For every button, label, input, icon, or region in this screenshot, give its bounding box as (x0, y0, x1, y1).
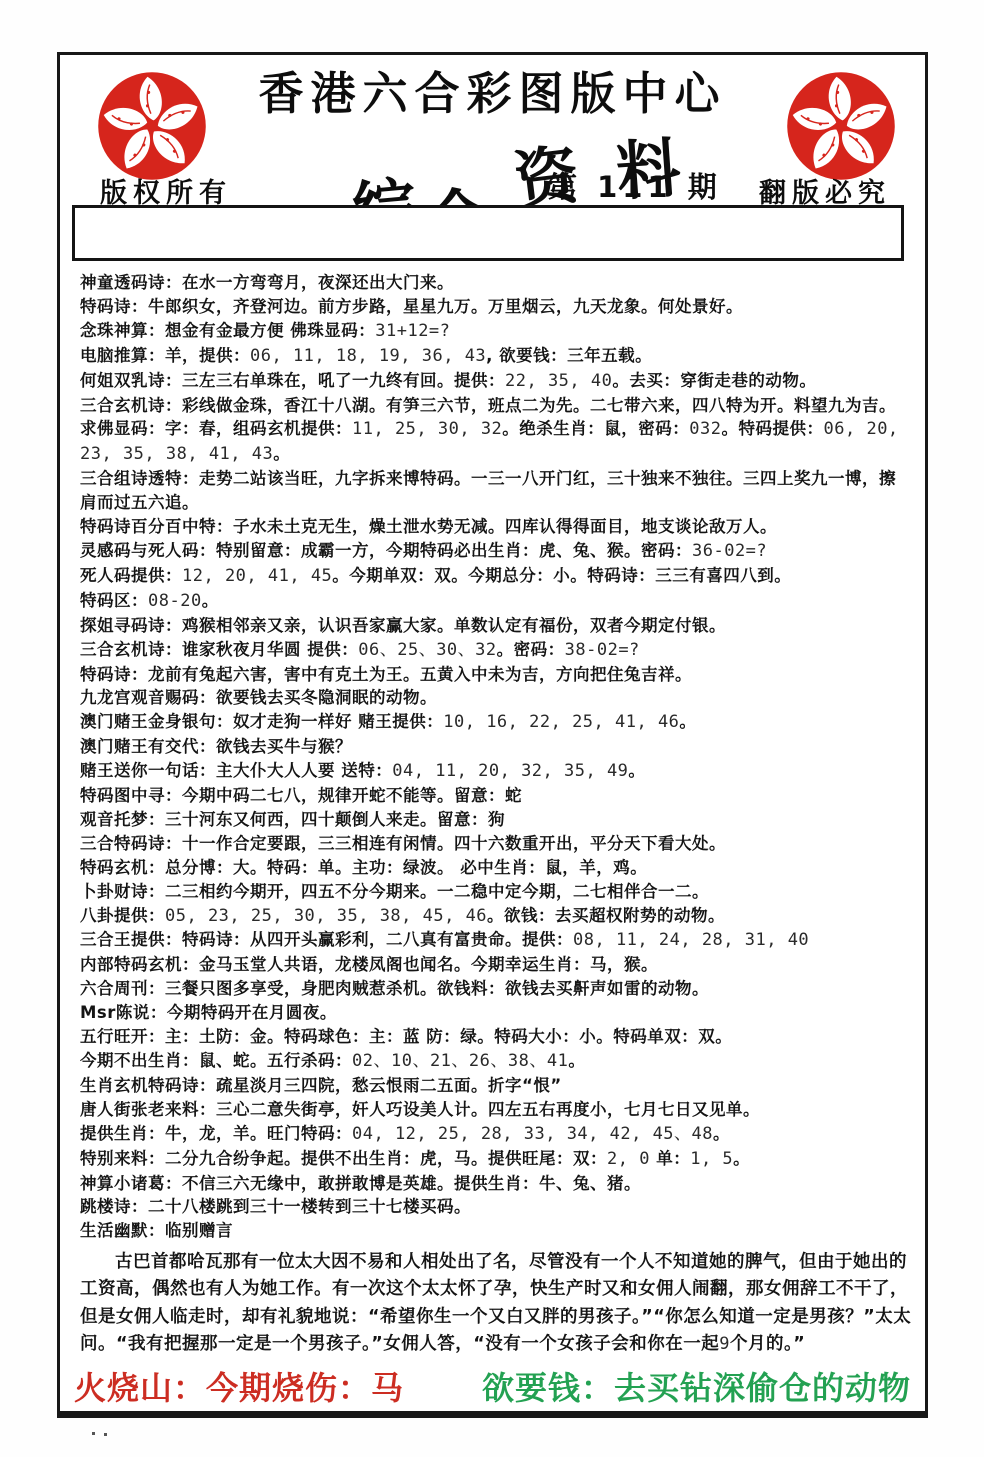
content-line: 求佛显码：字：春，组码玄机提供：11, 25, 30, 32。绝杀生肖：鼠，密码… (80, 417, 912, 467)
content-line: 三合玄机诗：彩线做金珠，香江十八湖。有笋三六节，班点二为先。二七带六来，四八特为… (80, 394, 912, 418)
content-line: 探姐寻码诗：鸡猴相邻亲又亲，认识吾家赢大家。单数认定有福份，双者今期定付银。 (80, 614, 912, 638)
content-lines: 神童透码诗：在水一方弯弯月，夜深还出大门来。特码诗：牛郎织女，齐登河边。前方步路… (80, 271, 912, 1358)
humor-paragraph: 古巴首都哈瓦那有一位太大因不易和人相处出了名，尽管没有一个人不知道她的脾气，但由… (80, 1249, 912, 1358)
content-line: 何姐双乳诗：三左三右单珠在，吼了一九终有回。提供：22, 35, 40。去买：穿… (80, 369, 912, 394)
content-line: 特码图中寻：今期中码二七八，规律开蛇不能等。留意：蛇 (80, 784, 912, 808)
content-line: 三合组诗透特：走势二站该当旺，九字拆来博特码。一三一八开门红，三十独来不独往。三… (80, 467, 912, 515)
bauhinia-logo-right-icon (785, 68, 897, 184)
content-line: 特码诗百分百中特：子水未土克无生，燥土泄水势无减。四库认得得面目，地支谈论敌万人… (80, 515, 912, 539)
content-line: 五行旺开：主：土防：金。特码球色：主：蓝 防：绿。特码大小：小。特码单双：双。 (80, 1025, 912, 1049)
content-line: 六合周刊：三餐只图多享受，身肥肉贼惹杀机。欲钱料：欲钱去买鼾声如雷的动物。 (80, 977, 912, 1001)
page-frame: 香港六合彩图版中心 综合资料 第 111 期 版权所有 翻版必究 神童透码诗：在… (57, 52, 928, 1418)
footer-money-text: 欲要钱：去买钻深偷仓的动物 (482, 1363, 911, 1409)
content-line: 生肖玄机特码诗：疏星淡月三四院，愁云恨雨二五面。折字“恨” (80, 1074, 912, 1098)
content-line: 神童透码诗：在水一方弯弯月，夜深还出大门来。 (80, 271, 912, 295)
notice-box (72, 205, 904, 261)
content-line: 提供生肖：牛，龙，羊。旺门特码：04, 12, 25, 28, 33, 34, … (80, 1122, 912, 1147)
content-line: 死人码提供：12, 20, 41, 45。今期单双：双。今期总分：小。特码诗：三… (80, 564, 912, 589)
content-line: 三合特码诗：十一作合定要跟，三三相连有闲情。四十六数重开出，平分天下看大处。 (80, 832, 912, 856)
content-line: 赌王送你一句话：主大仆大人人要 送特：04, 11, 20, 32, 35, 4… (80, 759, 912, 784)
content-line: 卜卦财诗：二三相约今期开，四五不分今期来。一二稳中定今期，二七相伴合一二。 (80, 880, 912, 904)
bauhinia-logo-left-icon (96, 68, 208, 184)
scan-dot (104, 1433, 107, 1436)
content-line: 内部特码玄机：金马玉堂人共语，龙楼凤阁也闻名。今期幸运生肖：马，猴。 (80, 953, 912, 977)
content-line: 生活幽默：临别赠言 (80, 1219, 912, 1243)
content-line: Msr陈说：今期特码开在月圆夜。 (80, 1001, 912, 1025)
header: 香港六合彩图版中心 综合资料 第 111 期 版权所有 翻版必究 (60, 55, 925, 207)
issue-number: 第 111 期 (548, 165, 722, 206)
content-line: 今期不出生肖：鼠、蛇。五行杀码：02、10、21、26、38、41。 (80, 1049, 912, 1074)
footer-fire-text: 火烧山：今期烧伤：马 (74, 1363, 404, 1409)
content-line: 电脑推算：羊，提供：06, 11, 18, 19, 36, 43, 欲要钱：三年… (80, 344, 912, 369)
content-line: 特码玄机：总分博：大。特码：单。主功：绿波。 必中生肖：鼠，羊，鸡。 (80, 856, 912, 880)
content-line: 三合玄机诗：谁家秋夜月华圆 提供：06、25、30、32。密码：38-02=? (80, 638, 912, 663)
content-line: 神算小诸葛：不信三六无缘中，敢拼敢博是英雄。提供生肖：牛、兔、猪。 (80, 1172, 912, 1196)
content-line: 八卦提供：05, 23, 25, 30, 35, 38, 45, 46。欲钱：去… (80, 904, 912, 929)
content-line: 唐人街张老来料：三心二意失街亭，奸人巧设美人计。四左五右再度小，七月七日又见单。 (80, 1098, 912, 1122)
content-line: 念珠神算：想金有金最方便 佛珠显码：31+12=? (80, 319, 912, 344)
content-line: 特码诗：牛郎织女，齐登河边。前方步路，星星九万。万里烟云，九天龙象。何处景好。 (80, 295, 912, 319)
lottery-info-sheet: 香港六合彩图版中心 综合资料 第 111 期 版权所有 翻版必究 神童透码诗：在… (0, 0, 984, 1457)
content-line: 特码诗：龙前有兔起六害，害中有克土为王。五黄入中未为吉，方向把住兔吉祥。 (80, 663, 912, 687)
content-line: 三合王提供：特码诗：从四开头赢彩利，二八真有富贵命。提供：08, 11, 24,… (80, 928, 912, 953)
scan-dot (92, 1432, 95, 1435)
content-line: 澳门赌王有交代：欲钱去买牛与猴？ (80, 735, 912, 759)
content-line: 灵感码与死人码：特别留意：成霸一方，今期特码必出生肖：虎、兔、猴。密码：36-0… (80, 539, 912, 564)
content-line: 观音托梦：三十河东又何西，四十颠倒人来走。留意：狗 (80, 808, 912, 832)
content-line: 跳楼诗：二十八楼跳到三十一楼转到三十七楼买码。 (80, 1195, 912, 1219)
content-line: 澳门赌王金身银句：奴才走狗一样好 赌王提供：10, 16, 22, 25, 41… (80, 710, 912, 735)
footer-banner: 火烧山：今期烧伤：马 欲要钱：去买钻深偷仓的动物 (74, 1363, 911, 1409)
content-line: 特别来料：二分九合纷争起。提供不出生肖：虎，马。提供旺尾：双：2, 0 单：1,… (80, 1147, 912, 1172)
content-line: 九龙宫观音赐码：欲要钱去买冬隐洞眠的动物。 (80, 686, 912, 710)
content-line: 特码区：08-20。 (80, 589, 912, 614)
page-title: 香港六合彩图版中心 (258, 57, 726, 122)
